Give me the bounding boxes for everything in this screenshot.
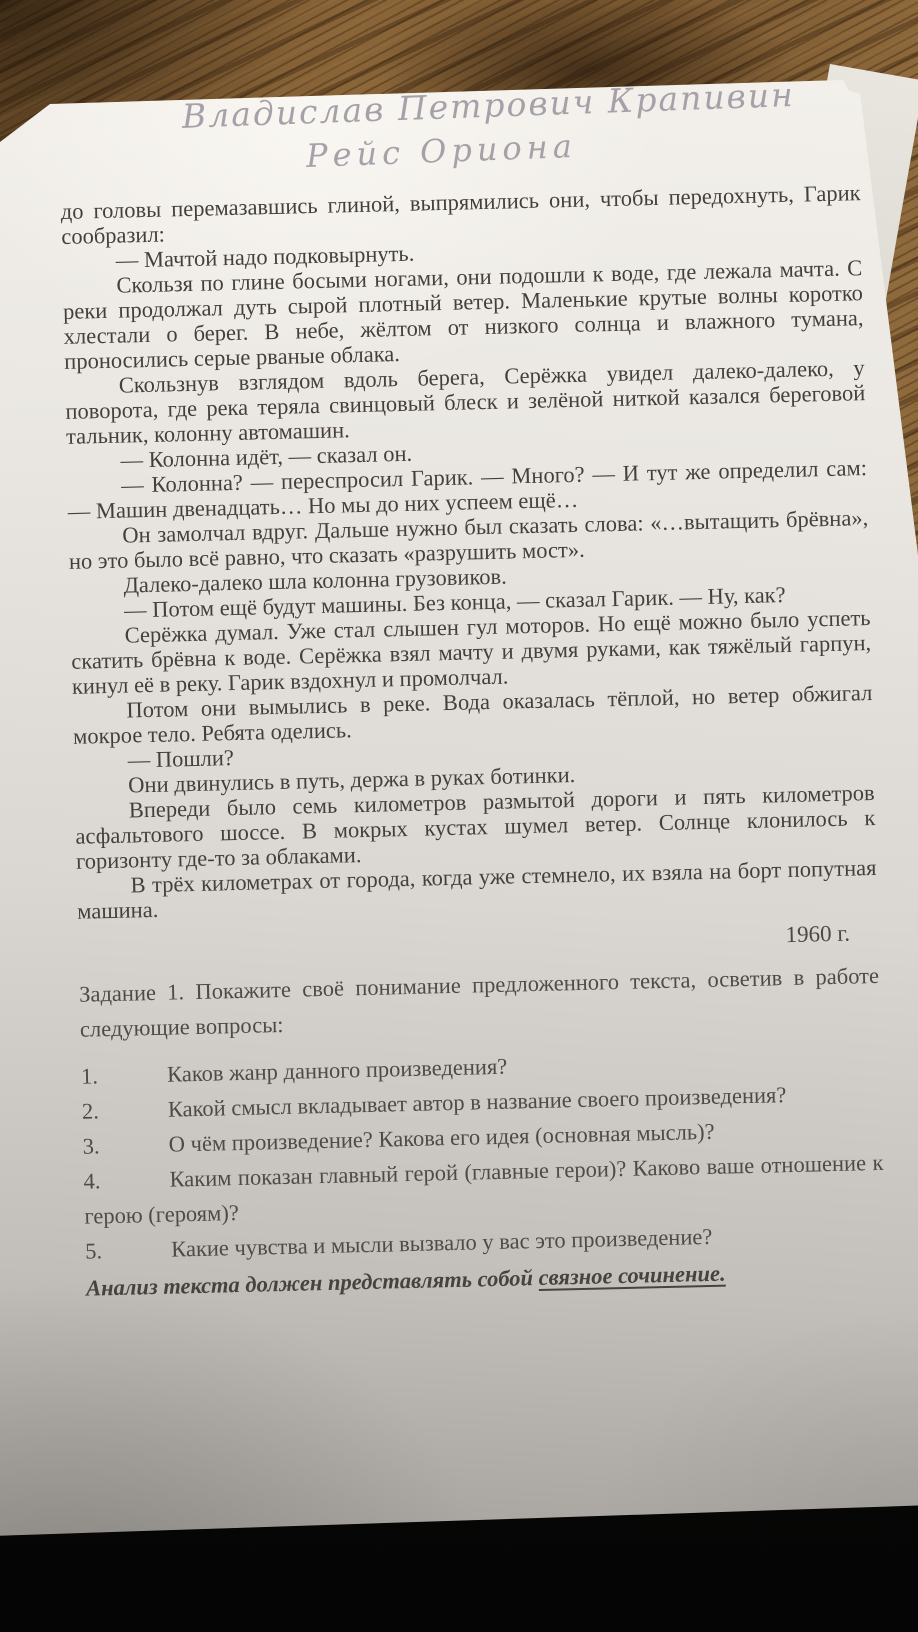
question-number: 4. [83,1162,170,1199]
story-text: до головы перемазавшись глиной, выпрямил… [60,180,877,924]
date-note: 1960 г. [78,920,878,965]
analysis-note-underlined: связное сочинение. [538,1261,726,1290]
assignment-block: Задание 1. Покажите своё понимание предл… [79,958,887,1306]
sheet-content: Владислав Петрович Крапивин Рейс Ориона … [58,77,886,1306]
question-number: 5. [85,1232,172,1269]
question-text: Какие чувства и мысли вызвало у вас это … [171,1224,713,1262]
question-number: 2. [82,1092,169,1129]
questions-list: 1.Каков жанр данного произведения?2.Како… [81,1040,886,1269]
photo-of-document: Владислав Петрович Крапивин Рейс Ориона … [0,0,918,1632]
story-paragraph: Скользя по глине босыми ногами, они подо… [62,255,864,374]
handwritten-title-block: Владислав Петрович Крапивин Рейс Ориона [58,77,860,179]
question-text: Каков жанр данного произведения? [167,1054,508,1087]
task-intro: Задание 1. Покажите своё понимание предл… [79,958,880,1047]
question-number: 3. [82,1127,169,1164]
question-number: 1. [81,1057,168,1094]
analysis-note-bold: Анализ текста должен представлять собой [86,1265,539,1301]
